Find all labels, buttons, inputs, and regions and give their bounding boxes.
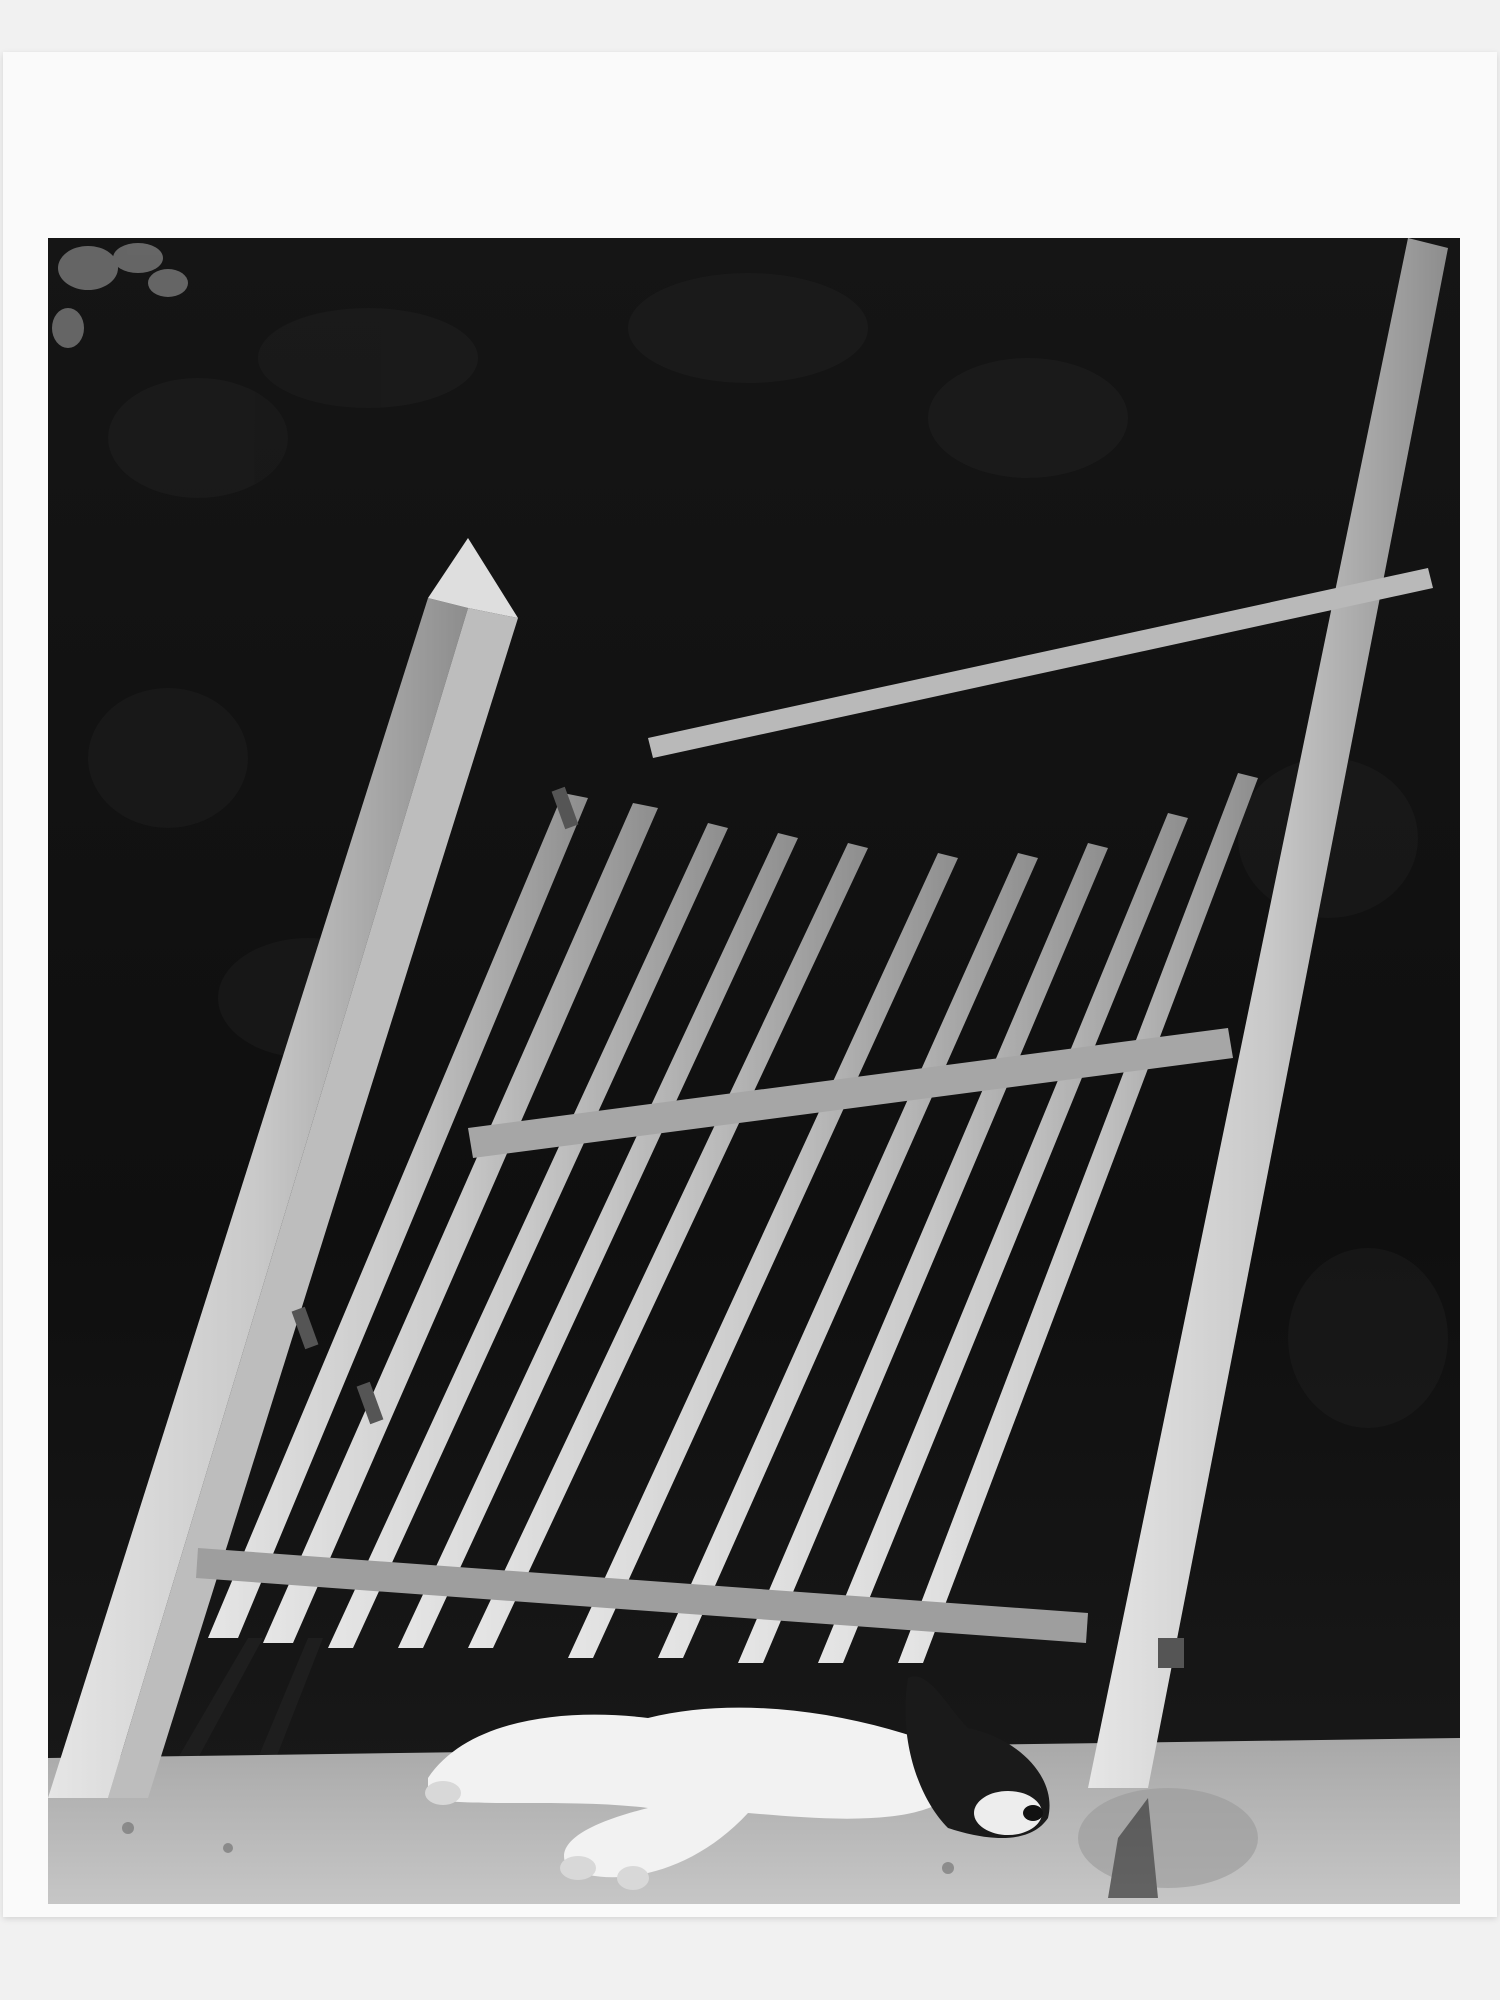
photo-print-paper: Black-and-white photographic print: a we… [3, 52, 1497, 1917]
photograph: Black-and-white photographic print: a we… [48, 238, 1460, 1904]
photo-scene [48, 238, 1460, 1904]
